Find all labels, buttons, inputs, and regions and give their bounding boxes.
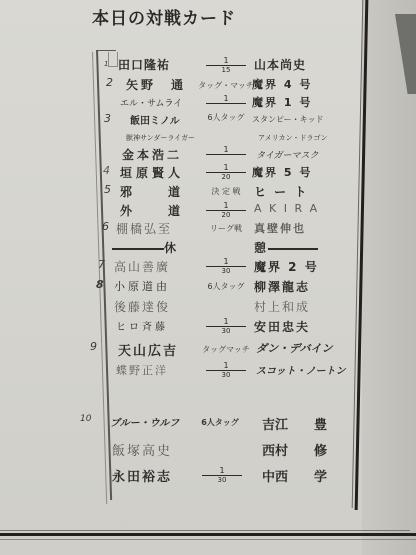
match-type: 決 定 戦 (196, 186, 256, 197)
wrestler-left: 垣原賢人 (120, 164, 184, 181)
wrestler-right: 魔界 2 号 (254, 258, 319, 275)
wrestler-right: 山本尚史 (254, 56, 306, 73)
match-row-8c: ヒロ斉藤 130 安田忠夫 (0, 318, 416, 338)
page-title: 本日の対戦カード (92, 4, 236, 29)
wrestler-right: 柳澤龍志 (254, 278, 310, 295)
falls-fraction: 130 (206, 259, 246, 275)
match-row-4: 4 垣原賢人 120 魔界 5 号 (0, 164, 416, 184)
divider-line (112, 248, 164, 250)
match-number: 5 (104, 183, 111, 196)
match-type: 6人タッグ (196, 281, 256, 292)
match-number: 8 (96, 278, 104, 291)
match-row-5: 5 邪 道 決 定 戦 ヒ ー ト (0, 183, 416, 203)
wrestler-right: A K I R A (254, 202, 319, 215)
wrestler-left: 天山広吉 (118, 340, 178, 359)
wrestler-right: 安田忠夫 (254, 318, 310, 335)
match-row-6: 6 棚橋弘至 リーグ戦 真壁伸也 (0, 220, 416, 240)
match-type: リーグ戦 (196, 223, 256, 234)
match-number: 10 (80, 414, 91, 424)
wrestler-left: 後藤達俊 (114, 298, 170, 315)
match-type: 6人タッグ (196, 112, 256, 123)
wrestler-right: スコット・ノートン (256, 362, 346, 377)
falls-fraction: 130 (206, 319, 246, 335)
match-number: 1 (104, 60, 108, 68)
match-row-8b: 後藤達俊 村上和成 (0, 298, 416, 318)
match-type: 6人タッグ (190, 417, 250, 428)
wrestler-left: ブルー・ウルフ (110, 414, 179, 429)
match-row-3: 3 飯田ミノル 6人タッグ スタンピー・キッド (0, 112, 416, 132)
wrestler-right: 魔界 4 号 (252, 76, 312, 92)
wrestler-left: 外 道 (120, 202, 180, 219)
wrestler-left: 獣神サンダーライガー (126, 133, 195, 143)
intermission-label-right: 憩 (254, 239, 266, 256)
falls-fraction: 115 (206, 58, 246, 74)
falls-fraction: 120 (206, 203, 246, 219)
wrestler-right: スタンピー・キッド (252, 114, 324, 125)
intermission-label-left: 休 (164, 239, 176, 256)
frame-border-bottom-thin (0, 530, 410, 531)
match-row-9b: 蝶野正洋 130 スコット・ノートン (0, 362, 416, 382)
wrestler-right: 魔界 1 号 (252, 94, 312, 110)
frame-border-bottom (0, 533, 416, 536)
match-type: タッグマッチ (196, 344, 256, 355)
match-number: 7 (98, 258, 105, 271)
match-number: 2 (106, 76, 113, 89)
falls-fraction: 120 (206, 165, 246, 181)
wrestler-left: 邪 道 (120, 183, 180, 200)
wrestler-left: 高山善廣 (114, 258, 170, 275)
match-row-8: 8 小原道由 6人タッグ 柳澤龍志 (0, 278, 416, 298)
match-number: 6 (102, 220, 109, 233)
wrestler-left: 蝶野正洋 (116, 362, 168, 378)
wrestler-left: 飯田ミノル (130, 112, 180, 127)
wrestler-right: ヒ ー ト (254, 183, 308, 200)
match-row-2: 2 矢野 通 タッグ・マッチ 魔界 4 号 (0, 76, 416, 96)
match-number: 3 (104, 112, 111, 125)
match-row-5b: 外 道 120 A K I R A (0, 202, 416, 222)
wrestler-right: タイガーマスク (256, 148, 319, 161)
falls-fraction: 130 (202, 468, 242, 484)
match-number: 9 (90, 340, 97, 353)
falls-fraction: 130 (206, 363, 246, 379)
match-row-10c: 永田裕志 130 中西 学 (0, 466, 416, 486)
wrestler-right: 魔界 5 号 (252, 164, 312, 180)
wrestler-right: 村上和成 (254, 298, 310, 315)
match-row-10: 10 ブルー・ウルフ 6人タッグ 吉江 豊 (0, 414, 416, 434)
divider-line (268, 248, 318, 250)
wrestler-left: 飯塚高史 (112, 440, 172, 459)
match-row-1: 1 田口隆祐 115 山本尚史 (0, 56, 416, 76)
wrestler-right: 真壁伸也 (254, 220, 306, 236)
match-row-9: 9 天山広吉 タッグマッチ ダン・デバイン (0, 340, 416, 360)
wrestler-left: 田口隆祐 (118, 56, 170, 73)
wrestler-right: ダン・デバイン (256, 340, 332, 356)
match-row-2b: エル・サムライ 1 魔界 1 号 (0, 94, 416, 114)
wrestler-left: 棚橋弘至 (116, 220, 172, 237)
wrestler-left: ヒロ斉藤 (116, 318, 168, 333)
falls-fraction: 1 (206, 96, 246, 112)
intermission-row: 休 憩 (0, 239, 416, 259)
frame-border-bottom-outer (0, 539, 416, 540)
card-bracket-top (98, 50, 116, 51)
match-row-10b: 飯塚高史 西村 修 (0, 440, 416, 460)
wrestler-right: アメリカン・ドラゴン (258, 133, 328, 143)
match-row-7: 7 高山善廣 130 魔界 2 号 (0, 258, 416, 278)
wrestler-left: 永田裕志 (112, 466, 172, 485)
match-type: タッグ・マッチ (196, 80, 256, 91)
falls-fraction: 1 (206, 147, 246, 163)
wrestler-left: 金本浩二 (122, 146, 182, 163)
wrestler-right: 吉江 豊 (262, 414, 327, 433)
wrestler-left: 小原道由 (114, 278, 170, 294)
wrestler-right: 中西 学 (262, 466, 327, 485)
wrestler-left: エル・サムライ (120, 96, 182, 109)
wrestler-right: 西村 修 (262, 440, 327, 459)
match-number: 4 (103, 164, 110, 177)
wrestler-left: 矢野 通 (126, 76, 186, 93)
